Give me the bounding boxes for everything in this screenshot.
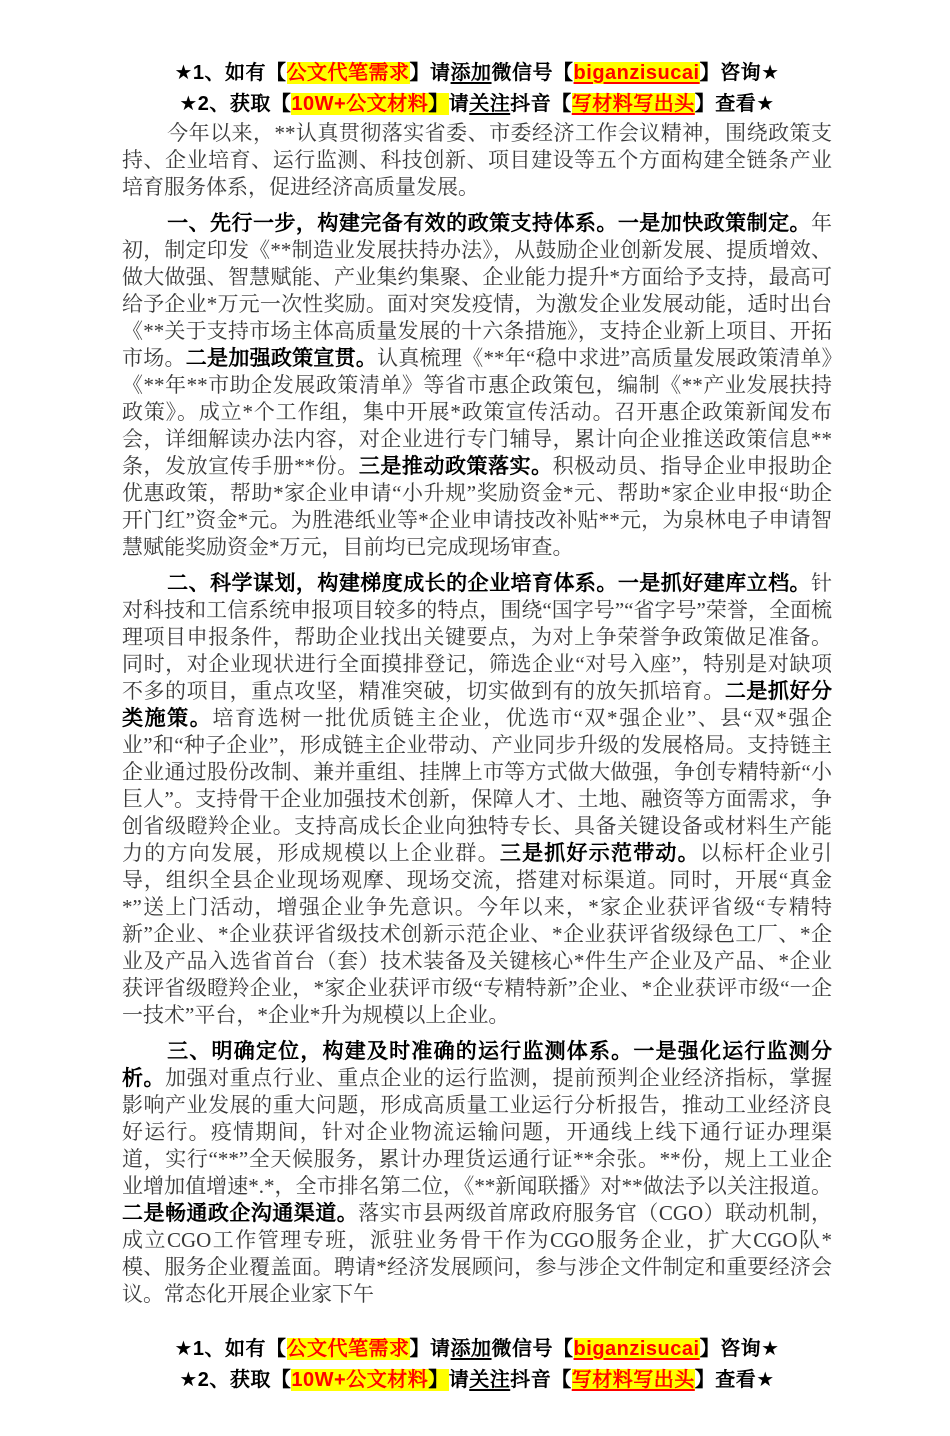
notice-text: 微信号【 <box>492 1338 574 1360</box>
highlighted-keyword: 10W+公文材料 <box>291 93 428 115</box>
text-run: 今年以来，**认真贯彻落实省委、市委经济工作会议精神，围绕政策支持、企业培育、运… <box>122 121 832 199</box>
section-3-paragraph: 三、明确定位，构建及时准确的运行监测体系。一是强化运行监测分析。加强对重点行业、… <box>122 1038 832 1308</box>
underlined-word: 添加 <box>451 62 492 84</box>
notice-text: 】请 <box>410 1338 451 1360</box>
section-2-heading-run: 二、科学谋划，构建梯度成长的企业培育体系。一是抓好建库立档。 <box>167 572 811 595</box>
highlighted-bracket: 】 <box>428 1369 449 1391</box>
notice-text: 请 <box>449 93 470 115</box>
notice-text: 抖音【 <box>510 1369 572 1391</box>
highlighted-keyword: 公文代笔需求 <box>287 62 410 84</box>
notice-bottom-line-2: ★2、获取【10W+公文材料】请关注抖音【写材料写出头】查看★ <box>122 1365 832 1396</box>
underlined-word: 添加 <box>451 1338 492 1360</box>
notice-text: 】咨询★ <box>700 62 780 84</box>
notice-text: 】查看★ <box>695 1369 775 1391</box>
wechat-id: biganzisucai <box>574 62 700 84</box>
notice-text: ★2、获取【 <box>179 93 291 115</box>
notice-text: 抖音【 <box>510 93 572 115</box>
wechat-id: biganzisucai <box>574 1338 700 1360</box>
highlighted-keyword: 10W+公文材料 <box>291 1369 428 1391</box>
douyin-id: 写材料写出头 <box>572 1369 695 1391</box>
highlighted-bracket: 】 <box>428 93 449 115</box>
notice-text: ★1、如有【 <box>174 1338 286 1360</box>
notice-top-line-1: ★1、如有【公文代笔需求】请添加微信号【biganzisucai】咨询★ <box>122 58 832 89</box>
notice-bottom: ★1、如有【公文代笔需求】请添加微信号【biganzisucai】咨询★ ★2、… <box>122 1334 832 1396</box>
highlighted-keyword: 公文代笔需求 <box>287 1338 410 1360</box>
underlined-word: 关注 <box>469 93 510 115</box>
notice-text: 】请 <box>410 62 451 84</box>
document-page: ★1、如有【公文代笔需求】请添加微信号【biganzisucai】咨询★ ★2、… <box>0 0 950 1436</box>
section-1-heading-run: 一、先行一步，构建完备有效的政策支持体系。一是加快政策制定。 <box>167 212 811 235</box>
notice-text: ★2、获取【 <box>179 1369 291 1391</box>
notice-text: 微信号【 <box>492 62 574 84</box>
intro-paragraph: 今年以来，**认真贯彻落实省委、市委经济工作会议精神，围绕政策支持、企业培育、运… <box>122 120 832 201</box>
underlined-word: 关注 <box>469 1369 510 1391</box>
subpoint-heading-run: 三是推动政策落实。 <box>359 455 553 478</box>
notice-top: ★1、如有【公文代笔需求】请添加微信号【biganzisucai】咨询★ ★2、… <box>122 58 832 120</box>
subpoint-heading-run: 三是抓好示范带动。 <box>500 842 700 865</box>
section-2-paragraph: 二、科学谋划，构建梯度成长的企业培育体系。一是抓好建库立档。针对科技和工信系统申… <box>122 570 832 1029</box>
notice-text: 】查看★ <box>695 93 775 115</box>
text-run: 加强对重点行业、重点企业的运行监测，提前预判企业经济指标，掌握影响产业发展的重大… <box>122 1066 832 1198</box>
douyin-id: 写材料写出头 <box>572 93 695 115</box>
section-1-paragraph: 一、先行一步，构建完备有效的政策支持体系。一是加快政策制定。年初，制定印发《**… <box>122 210 832 561</box>
notice-text: 请 <box>449 1369 470 1391</box>
notice-text: ★1、如有【 <box>174 62 286 84</box>
subpoint-heading-run: 二是畅通政企沟通渠道。 <box>122 1202 358 1225</box>
notice-top-line-2: ★2、获取【10W+公文材料】请关注抖音【写材料写出头】查看★ <box>122 89 832 120</box>
notice-bottom-line-1: ★1、如有【公文代笔需求】请添加微信号【biganzisucai】咨询★ <box>122 1334 832 1365</box>
notice-text: 】咨询★ <box>700 1338 780 1360</box>
text-run: 以标杆企业引导，组织全县企业现场观摩、现场交流，搭建对标渠道。同时，开展“真金*… <box>122 841 832 1027</box>
subpoint-heading-run: 二是加强政策宣贯。 <box>186 347 377 370</box>
